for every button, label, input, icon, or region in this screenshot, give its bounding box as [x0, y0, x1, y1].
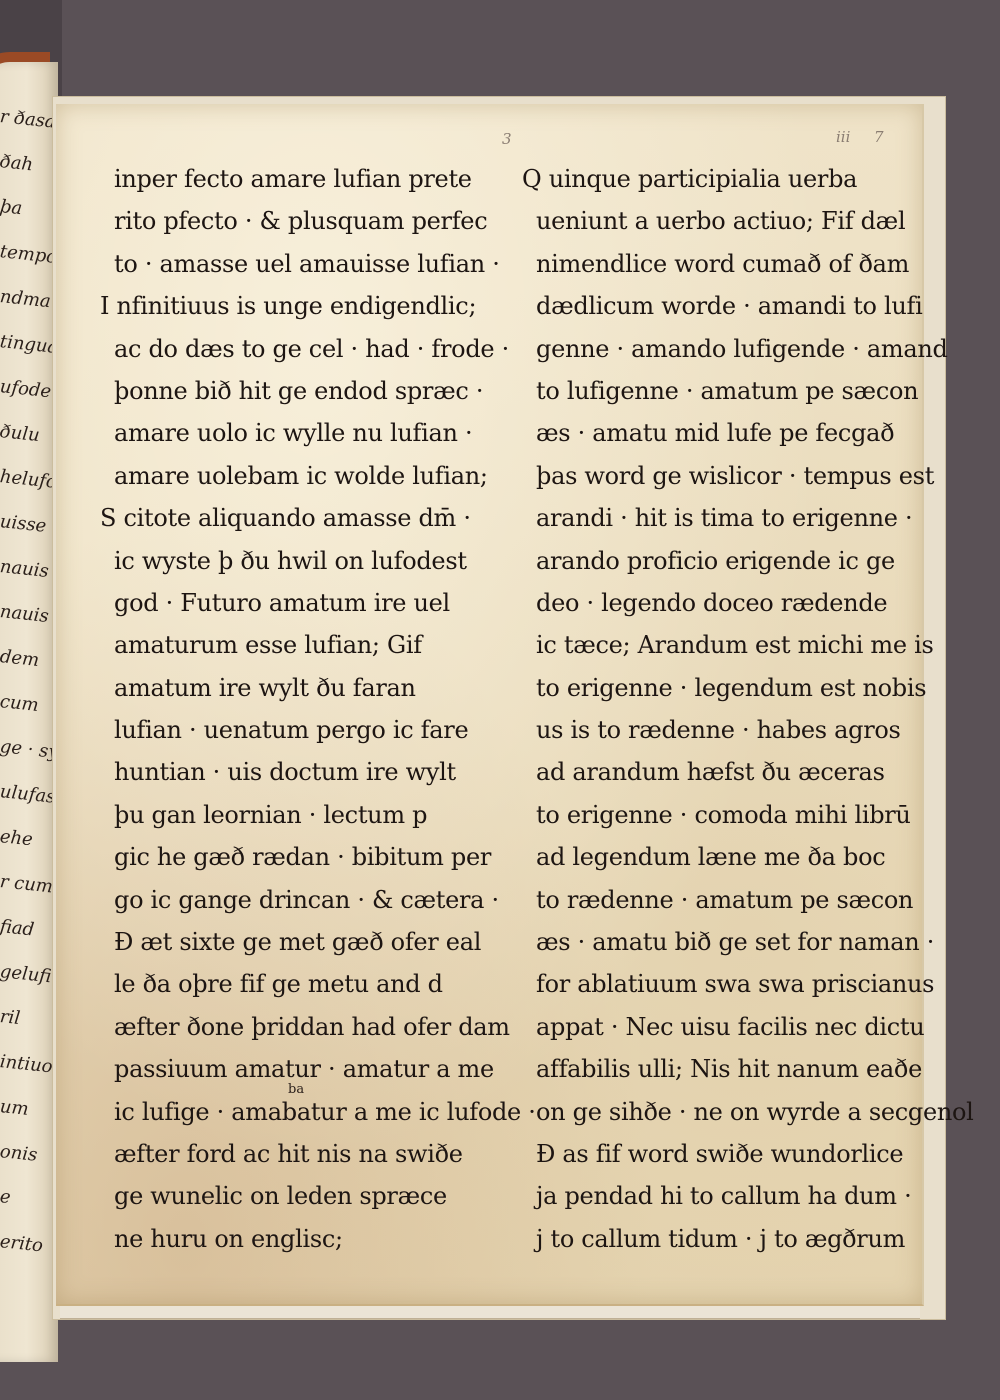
facing-page-fragment: helufo [0, 466, 58, 493]
facing-page-fragment: ðulu [0, 421, 41, 446]
text-line: appat · Nec uisu facilis nec dictu [522, 1006, 942, 1048]
facing-page-fragment: tempo [0, 241, 58, 268]
text-line: ic tæce; Arandum est michi me is [522, 624, 942, 666]
text-line: for ablatiuum swa swa priscianus [522, 963, 942, 1005]
text-line: æs · amatu mid lufe pe fecgað [522, 412, 942, 454]
facing-page-fragment: ulufast · [0, 781, 58, 810]
text-line: to rædenne · amatum pe sæcon [522, 879, 942, 921]
text-line: go ic gange drincan · & cætera · [100, 879, 530, 921]
text-line: ad legendum læne me ða boc [522, 836, 942, 878]
facing-page-fragment: intiuo [0, 1051, 54, 1077]
facing-page-fragment: ril [0, 1006, 21, 1029]
pencil-mark-roman: iii [836, 128, 850, 146]
text-line: S citote aliquando amasse dm̄ · [100, 497, 530, 539]
facing-page-fragment: r ðasa [0, 106, 57, 133]
text-line: amare uolebam ic wolde lufian; [100, 455, 530, 497]
text-line: æfter ðone þriddan had ofer dam [100, 1006, 530, 1048]
text-line: ge wunelic on leden spræce [100, 1175, 530, 1217]
facing-page-fragment: tingua [0, 331, 58, 358]
text-line: to · amasse uel amauisse lufian · [100, 243, 530, 285]
facing-page-fragment: e [0, 1186, 12, 1208]
text-line: to lufigenne · amatum pe sæcon [522, 370, 942, 412]
text-line: le ða oþre fif ge metu and d [100, 963, 530, 1005]
text-line: ueniunt a uerbo actiuo; Fif dæl [522, 200, 942, 242]
facing-page-fragment: onis [0, 1141, 38, 1166]
right-text-column: Q uinque participialia uerbaueniunt a ue… [522, 158, 942, 1260]
facing-page-fragment: þa [0, 196, 23, 219]
text-line: Q uinque participialia uerba [522, 158, 942, 200]
text-line: Ð æt sixte ge met gæð ofer eal [100, 921, 530, 963]
text-line: ac do dæs to ge cel · had · frode · [100, 328, 530, 370]
text-line: amare uolo ic wylle nu lufian · [100, 412, 530, 454]
facing-page-fragment: ge · syt [0, 736, 58, 764]
text-line: to erigenne · comoda mihi librū [522, 794, 942, 836]
text-line: gic he gæð rædan · bibitum per [100, 836, 530, 878]
text-line: ic lufige · amabatur a me ic lufode · [100, 1091, 530, 1133]
text-line: amaturum esse lufian; Gif [100, 624, 530, 666]
interlinear-gloss: ba [288, 1082, 304, 1097]
facing-page-fragment: nauis [0, 556, 50, 582]
text-line: to erigenne · legendum est nobis [522, 667, 942, 709]
text-line: ic wyste þ ðu hwil on lufodest [100, 540, 530, 582]
text-line: þonne bið hit ge endod spræc · [100, 370, 530, 412]
text-line: genne · amando lufigende · amand [522, 328, 942, 370]
text-line: æfter ford ac hit nis na swiðe [100, 1133, 530, 1175]
pencil-mark-center: 3 [502, 130, 512, 148]
facing-page-fragment: ehe [0, 826, 34, 850]
text-line: lufian · uenatum pergo ic fare [100, 709, 530, 751]
text-line: arandi · hit is tima to erigenne · [522, 497, 942, 539]
facing-page-fragment: ndma [0, 286, 52, 312]
facing-page-fragment: nauis [0, 601, 50, 627]
text-line: on ge sihðe · ne on wyrde a secgenol [522, 1091, 942, 1133]
facing-page: r ðasaðahþatempondmatinguaufodeðuluheluf… [0, 62, 58, 1362]
text-line: amatum ire wylt ðu faran [100, 667, 530, 709]
text-line: rito pfecto · & plusquam perfec [100, 200, 530, 242]
facing-page-fragment: gelufi [0, 961, 52, 987]
text-line: deo · legendo doceo rædende [522, 582, 942, 624]
text-line: ja pendad hi to callum ha dum · [522, 1175, 942, 1217]
manuscript-viewer: r ðasaðahþatempondmatinguaufodeðuluheluf… [0, 0, 1000, 1400]
text-line: nimendlice word cumað of ðam [522, 243, 942, 285]
text-line: passiuum amatur · amatur a me [100, 1048, 530, 1090]
text-line: ad arandum hæfst ðu æceras [522, 751, 942, 793]
folio-page: 3 iii 7 inper fecto amare lufian preteri… [56, 104, 924, 1306]
text-line: þas word ge wislicor · tempus est [522, 455, 942, 497]
text-line: j to callum tidum · j to ægðrum [522, 1218, 942, 1260]
facing-page-fragment: um [0, 1096, 30, 1120]
text-line: god · Futuro amatum ire uel [100, 582, 530, 624]
facing-page-fragment: uisse [0, 511, 47, 537]
facing-page-fragment: ðah [0, 151, 34, 175]
facing-page-fragment: dem [0, 646, 40, 671]
left-text-column: inper fecto amare lufian preterito pfect… [100, 158, 530, 1260]
text-line: inper fecto amare lufian prete [100, 158, 530, 200]
text-line: ne huru on englisc; [100, 1218, 530, 1260]
facing-page-fragment: r cum [0, 871, 54, 897]
text-line: us is to rædenne · habes agros [522, 709, 942, 751]
text-line: æs · amatu bið ge set for naman · [522, 921, 942, 963]
text-line: I nfinitiuus is unge endigendlic; [100, 285, 530, 327]
text-line: arando proficio erigende ic ge [522, 540, 942, 582]
facing-page-fragment: ufode [0, 376, 52, 402]
text-line: Ð as fif word swiðe wundorlice [522, 1133, 942, 1175]
text-line: dædlicum worde · amandi to lufi [522, 285, 942, 327]
facing-page-fragment: erito [0, 1231, 44, 1256]
text-line: affabilis ulli; Nis hit nanum eaðe [522, 1048, 942, 1090]
folio-number: 7 [874, 128, 884, 146]
facing-page-fragment: fiad [0, 916, 35, 940]
text-line: huntian · uis doctum ire wylt [100, 751, 530, 793]
facing-page-fragment: cum [0, 691, 40, 716]
text-line: þu gan leornian · lectum p [100, 794, 530, 836]
